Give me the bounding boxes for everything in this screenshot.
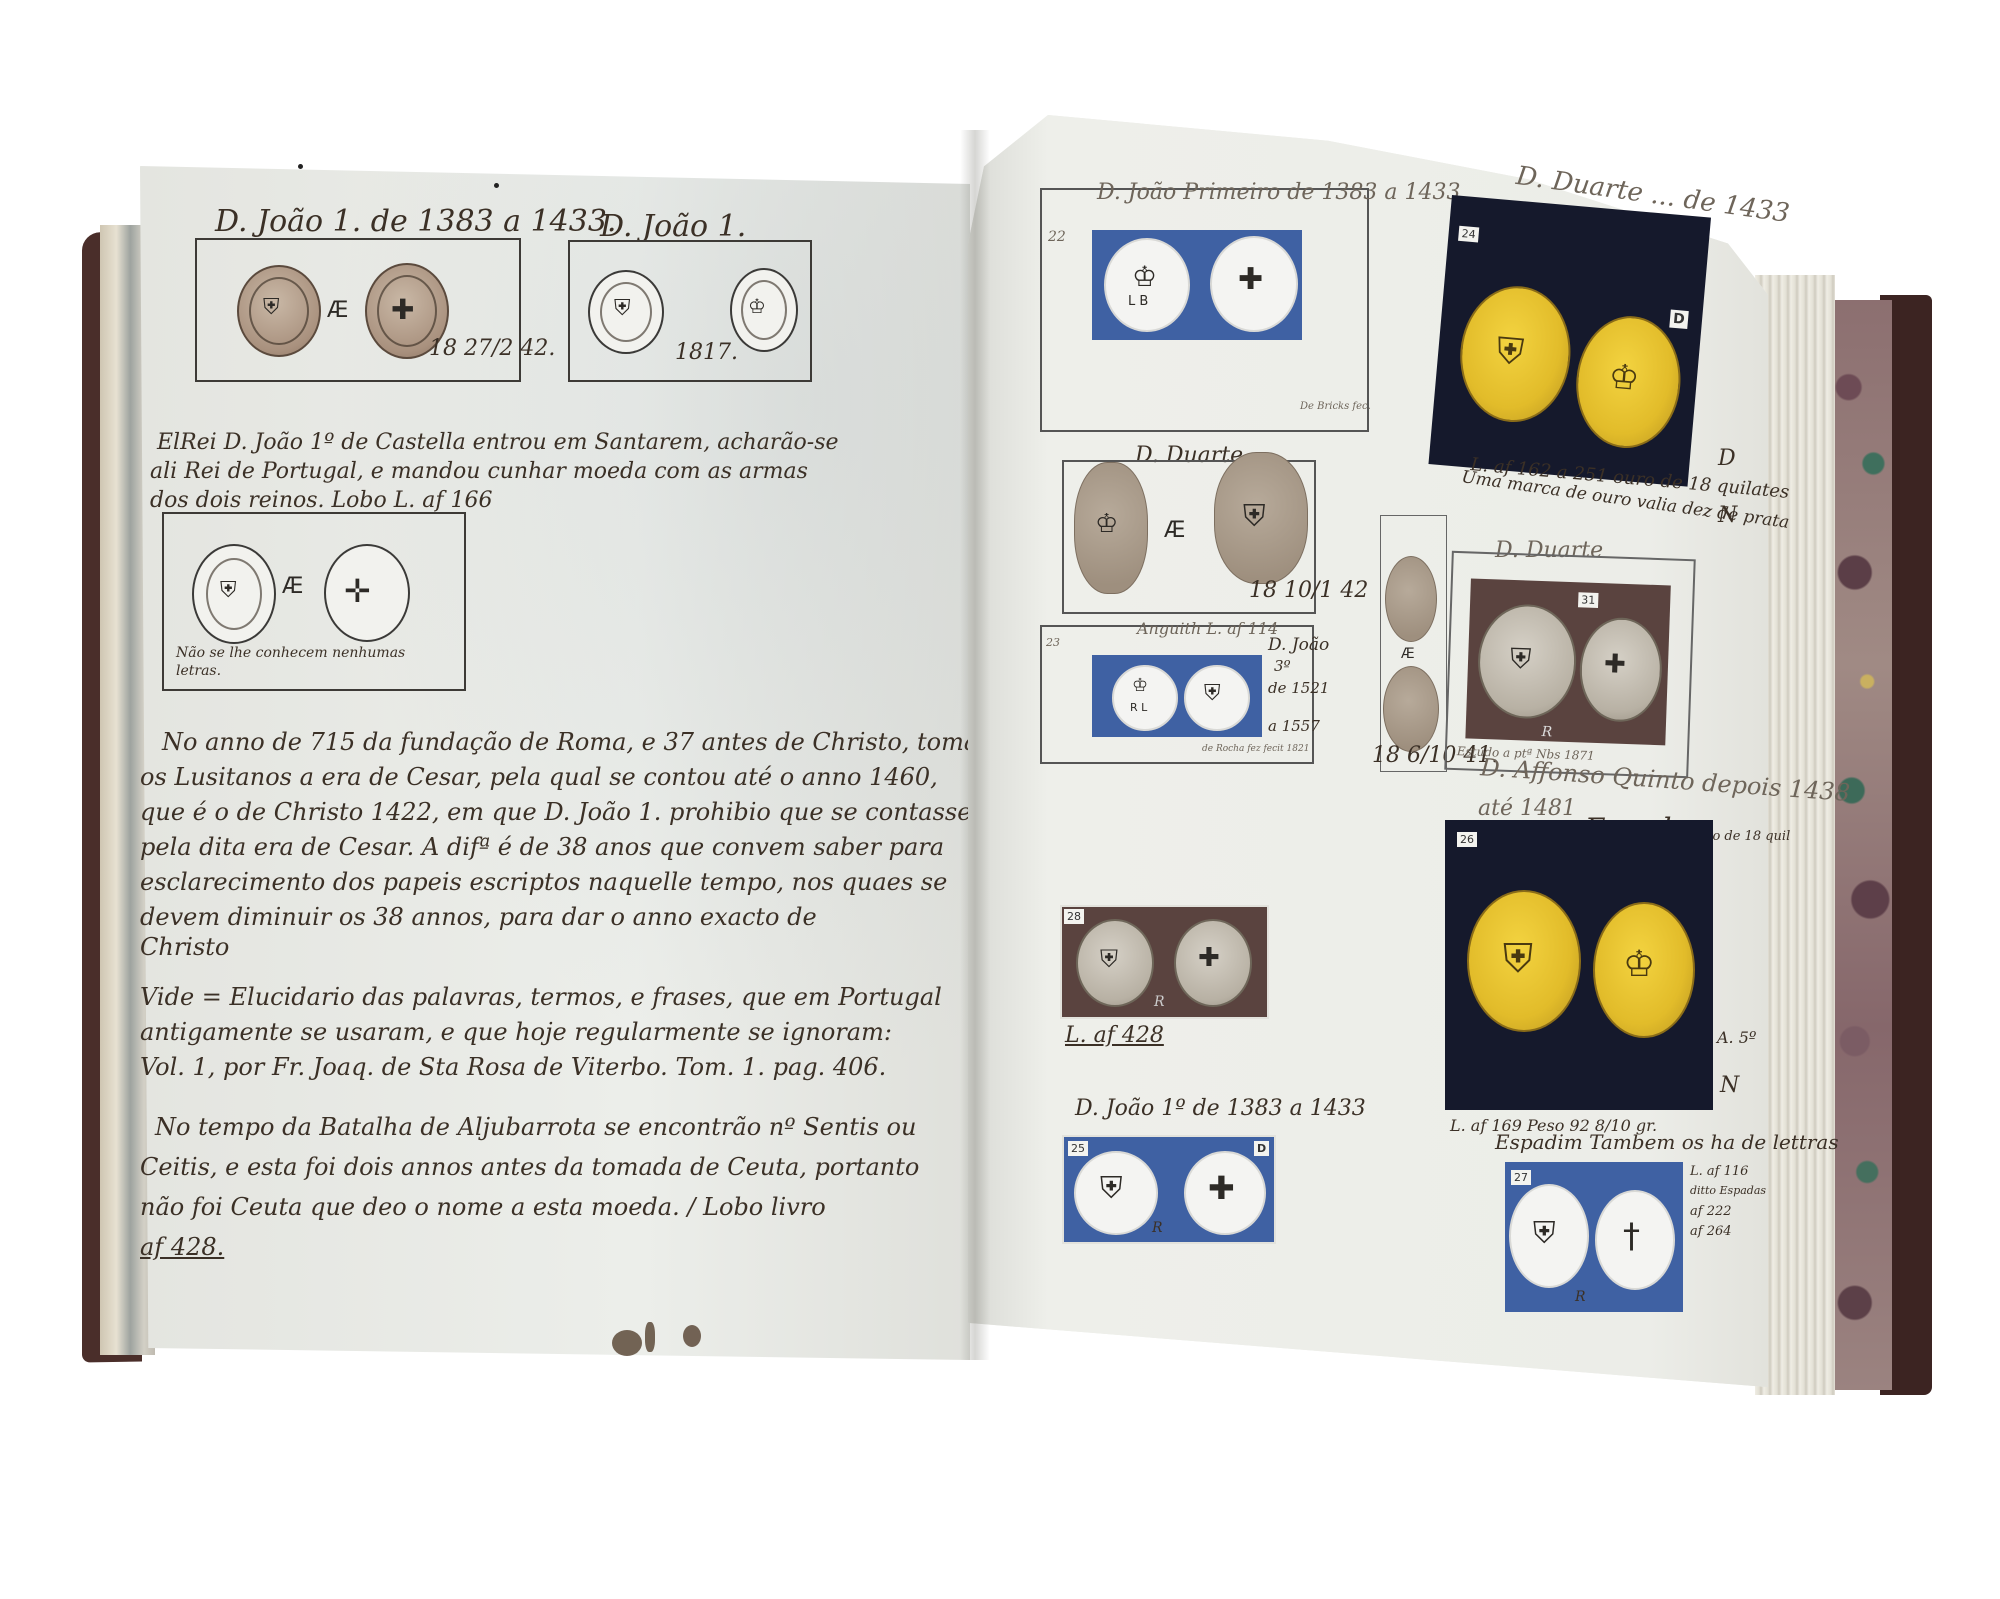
paragraph3-line1: Vide = Elucidario das palavras, termos, … — [140, 985, 942, 1009]
paragraph3-line3: Vol. 1, por Fr. Joaq. de Sta Rosa de Vit… — [140, 1055, 886, 1079]
shields-icon: ⛨ — [1510, 642, 1532, 677]
coin-obverse: ♔ R L — [1112, 665, 1178, 731]
cross-icon: ✚ — [1604, 649, 1627, 680]
panel-c-number: 23 — [1046, 637, 1060, 648]
quinas-cross-icon: ✚ — [1238, 262, 1263, 297]
panel-a-caption: D. João Primeiro de 1383 a 1433 — [1097, 182, 1460, 204]
shield-icon: ⛨ — [1100, 1171, 1123, 1206]
cross-stars-icon: ✛ — [344, 572, 371, 610]
panel-g-note: L. af 428 — [1065, 1025, 1164, 1047]
coin-obverse — [1385, 556, 1437, 642]
coin-obverse: ⛨ — [1074, 1151, 1158, 1235]
paragraph2-line3: que é o de Christo 1422, em que D. João … — [140, 800, 971, 824]
shields-icon: ⛨ — [1100, 945, 1118, 973]
metal-mark: Æ — [1164, 518, 1185, 543]
paragraph4-line1: No tempo da Batalha de Aljubarrota se en… — [155, 1115, 916, 1139]
panel-c-caption: Anguith L. af 114 — [1137, 621, 1278, 637]
crown-icon: ♔ — [1132, 260, 1157, 293]
panel2-caption: D. João 1. — [600, 212, 746, 242]
crown-icon: ♔ — [1095, 509, 1118, 539]
coin-panel-3: ⛨ Æ ✛ Não se lhe conhecem nenhumas letra… — [162, 512, 466, 691]
gold-coin-obverse: ⛨ — [1455, 282, 1576, 427]
panel-c-side-note-3: de 1521 — [1268, 681, 1329, 696]
cross-icon: ✚ — [1208, 1169, 1235, 1207]
book-gutter — [960, 130, 990, 1360]
paragraph4-line3: não foi Ceuta que deo o nome a esta moed… — [140, 1195, 826, 1219]
metal-mark: R — [1152, 1221, 1163, 1235]
panel1-date-note: 18 27/2 42. — [429, 338, 555, 360]
metal-mark: Æ — [1401, 646, 1415, 662]
coin-panel-e: 31 ⛨ ✚ R Estudo a ptª Nbs 1871 — [1444, 551, 1695, 778]
paragraph4-line4: af 428. — [140, 1235, 224, 1259]
coin-obverse: ⛨ — [1476, 603, 1578, 720]
coin-panel-a: D. João Primeiro de 1383 a 1433 22 ♔ L B… — [1040, 188, 1369, 432]
navy-mount: 26 ⛨ ♔ — [1445, 820, 1713, 1110]
shield-icon: ⛨ — [614, 296, 631, 321]
panel3-note-line2: letras. — [176, 664, 221, 678]
paragraph4-line2: Ceitis, e esta foi dois annos antes da t… — [140, 1155, 919, 1179]
shields-icon: ⛨ — [1204, 681, 1221, 706]
paragraph2-line2: os Lusitanos a era de Cesar, pela qual s… — [140, 765, 938, 789]
coin-panel-g: 28 ⛨ ✚ R — [1060, 905, 1269, 1019]
panel-i-mark: D — [1254, 1141, 1269, 1156]
coin-reverse: ✚ — [1184, 1151, 1266, 1235]
coin-obverse: ♔ — [1074, 462, 1148, 594]
metal-mark: Æ — [282, 574, 303, 599]
blue-mount: ♔ R L ⛨ — [1092, 655, 1262, 737]
metal-mark: R — [1541, 725, 1552, 739]
panel-h-number: 26 — [1457, 832, 1477, 847]
panel-j-side-note-1: L. af 116 — [1690, 1165, 1748, 1178]
coin-reverse — [1383, 666, 1439, 752]
coin-reverse: ♔ — [730, 268, 798, 352]
panel-f-edge-mark-1: D — [1718, 448, 1736, 470]
crown-icon: ♔ — [748, 294, 766, 318]
coin-obverse: ⛨ — [588, 270, 664, 354]
panel-h-edge-mark-2: N — [1720, 1075, 1739, 1097]
coin-panel-j: 27 ⛨ † R — [1505, 1162, 1683, 1312]
paragraph2-line7: Christo — [140, 935, 229, 959]
ink-stain — [683, 1325, 701, 1347]
crown-icon: ♔ — [1623, 944, 1655, 985]
coin-reverse: ⛨ — [1184, 665, 1250, 731]
panel-c-side-note-4: a 1557 — [1268, 719, 1320, 734]
gold-coin-reverse: ♔ — [1571, 312, 1686, 453]
panel-c-side-note-2: 3º — [1274, 659, 1291, 674]
crown-icon: ♔ — [1607, 356, 1641, 399]
paragraph3-line2: antigamente se usaram, e que hoje regula… — [140, 1020, 892, 1044]
panel-b-date-note: 18 10/1 42 — [1249, 580, 1368, 602]
coin-reverse: ✚ — [1174, 919, 1252, 1007]
coin-panel-d: Æ — [1380, 515, 1447, 772]
coin-reverse: † — [1595, 1190, 1675, 1290]
coin-reverse-sketch: ✛ — [324, 544, 410, 642]
panel-f-mark: D — [1669, 310, 1688, 329]
coin-obverse-sketch: ⛨ — [192, 544, 276, 644]
ink-dot — [494, 183, 499, 188]
panel-h-caption-line2: até 1481 — [1478, 798, 1576, 820]
coin-obverse: ⛨ — [237, 265, 321, 357]
navy-mount: 24 D ⛨ ♔ — [1428, 195, 1711, 487]
crown-icon: ♔ — [1132, 675, 1148, 696]
brown-mount: 31 ⛨ ✚ R — [1465, 578, 1670, 745]
paragraph2-line1: No anno de 715 da fundação de Roma, e 37… — [162, 730, 1018, 754]
panel3-note-line1: Não se lhe conhecem nenhumas — [176, 646, 405, 660]
paragraph1-line3: dos dois reinos. Lobo L. af 166 — [150, 490, 493, 512]
coin-obverse: ⛨ — [1076, 919, 1154, 1007]
paragraph2-line6: devem diminuir os 38 annos, para dar o a… — [140, 905, 817, 929]
panel1-caption: D. João 1. de 1383 a 1433. — [215, 207, 616, 237]
panel-a-signature: De Bricks fec. — [1300, 402, 1371, 412]
shield-icon: ⛨ — [1533, 1216, 1556, 1251]
cross-icon: ✚ — [391, 293, 414, 326]
metal-mark: Æ — [327, 298, 348, 323]
panel-a-number: 22 — [1048, 230, 1066, 244]
gold-coin-reverse: ♔ — [1593, 902, 1695, 1038]
gold-coin-obverse: ⛨ — [1467, 890, 1581, 1032]
coin-obverse: ⛨ — [1509, 1184, 1589, 1288]
panel-g-number: 28 — [1064, 909, 1084, 924]
paragraph1-line1: ElRei D. João 1º de Castella entrou em S… — [157, 432, 839, 454]
panel-e-number: 31 — [1578, 592, 1599, 608]
panel-h-edge-mark-1: A. 5º — [1717, 1030, 1756, 1046]
coin-reverse: ⛨ — [1214, 452, 1308, 584]
initials: L B — [1128, 294, 1148, 309]
panel-f-edge-mark-2: N — [1718, 505, 1737, 527]
panel-c-signature: de Rocha fez fecit 1821 — [1202, 745, 1309, 754]
ink-stain — [612, 1330, 642, 1356]
coin-reverse: ✚ — [1578, 616, 1664, 723]
coin-obverse: ♔ L B — [1104, 238, 1190, 332]
shields-icon: ⛨ — [263, 295, 280, 320]
coin-panel-c: Anguith L. af 114 23 ♔ R L ⛨ D. João 3º … — [1040, 625, 1314, 764]
panel-f-number: 24 — [1458, 226, 1479, 243]
paragraph2-line5: esclarecimento dos papeis escriptos naqu… — [140, 870, 947, 894]
coin-panel-2: ⛨ ♔ 1817. — [568, 240, 812, 382]
shields-icon: ⛨ — [220, 578, 237, 603]
coin-panel-1: ⛨ Æ ✚ 18 27/2 42. — [195, 238, 521, 382]
panel-j-caption: Espadim Tambem os ha de lettras — [1495, 1132, 1839, 1152]
panel-i-caption: D. João 1º de 1383 a 1433 — [1075, 1098, 1366, 1120]
metal-mark: R — [1575, 1290, 1586, 1304]
crowned-shield-icon: ⛨ — [1503, 936, 1533, 982]
coin-reverse: ✚ — [1210, 236, 1298, 332]
panel-j-side-note-3: af 222 — [1690, 1205, 1732, 1218]
ink-stain — [645, 1322, 655, 1352]
panel-i-number: 25 — [1068, 1141, 1088, 1156]
coin-panel-i: 25 D ⛨ ✚ R — [1062, 1135, 1276, 1244]
shields-icon: ⛨ — [1243, 499, 1266, 534]
ink-dot — [298, 164, 303, 169]
panel2-date-note: 1817. — [675, 342, 738, 364]
blue-mount: ♔ L B ✚ — [1092, 230, 1302, 340]
shield-icon: ⛨ — [1495, 331, 1526, 375]
panel-c-side-note-1: D. João — [1268, 637, 1329, 654]
sword-icon: † — [1623, 1216, 1640, 1256]
panel-j-number: 27 — [1511, 1170, 1531, 1185]
metal-mark: R — [1154, 995, 1165, 1009]
coin-panel-b: ♔ Æ ⛨ 18 10/1 42 — [1062, 460, 1316, 614]
cross-icon: ✚ — [1198, 943, 1220, 973]
marbled-endpaper — [1830, 300, 1900, 1390]
panel-j-side-note-4: af 264 — [1690, 1225, 1732, 1238]
paragraph2-line4: pela dita era de Cesar. A difª é de 38 a… — [140, 835, 944, 859]
panel-j-side-note-2: ditto Espadas — [1690, 1185, 1766, 1196]
paragraph1-line2: ali Rei de Portugal, e mandou cunhar moe… — [150, 461, 808, 483]
initials: R L — [1130, 701, 1147, 714]
